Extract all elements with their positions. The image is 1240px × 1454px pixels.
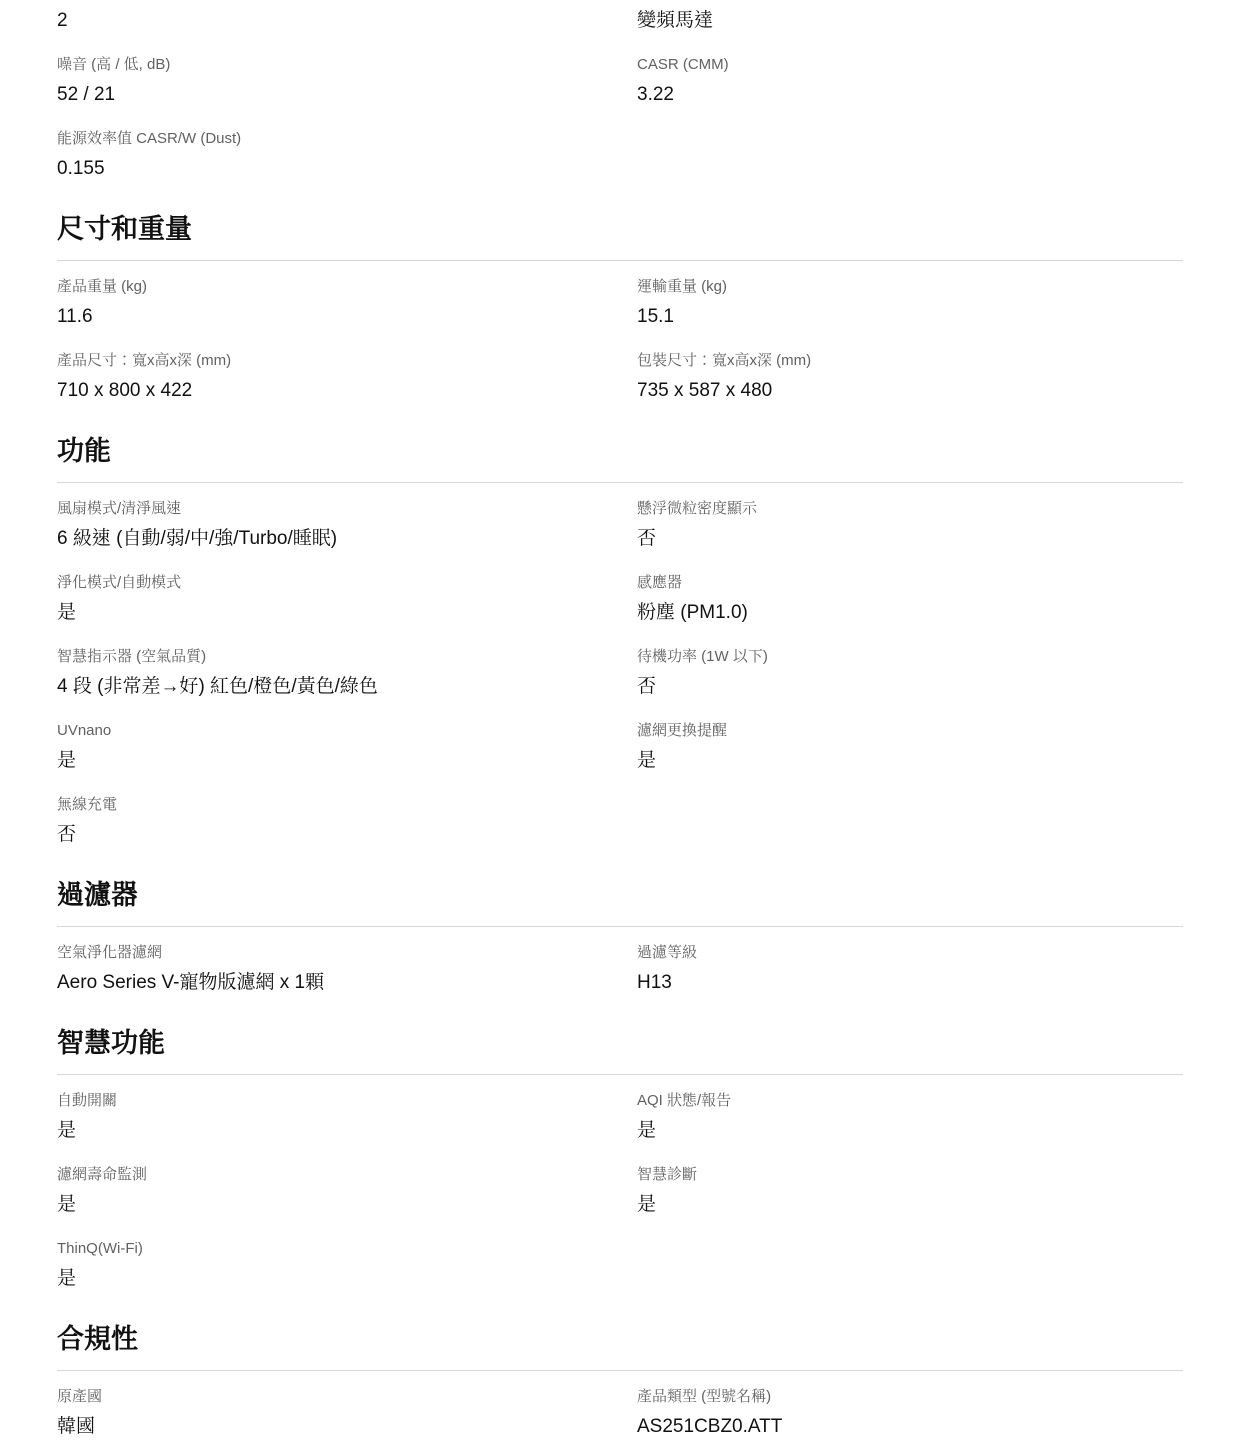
spec-label: 智慧指示器 (空氣品質) [57, 647, 637, 667]
spec-row: 產品重量 (kg) 11.6 運輸重量 (kg) 15.1 [57, 277, 1183, 330]
section-title: 過濾器 [57, 876, 1183, 914]
spec-row: 無線充電 否 [57, 795, 1183, 848]
spec-label: 包裝尺寸：寬x高x深 (mm) [637, 351, 1183, 371]
section-title: 功能 [57, 432, 1183, 470]
spec-cell: UVnano 是 [57, 721, 637, 774]
spec-value: 否 [637, 526, 1183, 552]
spec-value: 粉塵 (PM1.0) [637, 600, 1183, 626]
spec-cell: 空氣淨化器濾網 Aero Series V-寵物版濾網 x 1顆 [57, 943, 637, 996]
spec-value: 2 [57, 8, 637, 34]
spec-cell: 淨化模式/自動模式 是 [57, 573, 637, 626]
spec-label: 智慧診斷 [637, 1165, 1183, 1185]
spec-value: 735 x 587 x 480 [637, 378, 1183, 404]
spec-value: 11.6 [57, 304, 637, 330]
spec-label: 原產國 [57, 1387, 637, 1407]
spec-value: 710 x 800 x 422 [57, 378, 637, 404]
spec-value: 是 [637, 748, 1183, 774]
spec-label: 濾網壽命監測 [57, 1165, 637, 1185]
spec-row: 產品尺寸：寬x高x深 (mm) 710 x 800 x 422 包裝尺寸：寬x高… [57, 351, 1183, 404]
spec-cell: 風扇模式/清淨風速 6 級速 (自動/弱/中/強/Turbo/睡眠) [57, 499, 637, 552]
spec-cell: 產品類型 (型號名稱) AS251CBZ0.ATT [637, 1387, 1183, 1440]
section-divider [57, 482, 1183, 483]
spec-cell: AQI 狀態/報告 是 [637, 1091, 1183, 1144]
section-compliance: 合規性 原產國 韓國 產品類型 (型號名稱) AS251CBZ0.ATT [57, 1320, 1183, 1440]
spec-label: 待機功率 (1W 以下) [637, 647, 1183, 667]
spec-label: 空氣淨化器濾網 [57, 943, 637, 963]
spec-label: 產品重量 (kg) [57, 277, 637, 297]
spec-label: 感應器 [637, 573, 1183, 593]
spec-cell: 產品重量 (kg) 11.6 [57, 277, 637, 330]
section-title: 智慧功能 [57, 1024, 1183, 1062]
spec-value: 3.22 [637, 82, 1183, 108]
spec-cell: 運輸重量 (kg) 15.1 [637, 277, 1183, 330]
spec-value: 是 [637, 1192, 1183, 1218]
spec-label: 過濾等級 [637, 943, 1183, 963]
spec-row: UVnano 是 濾網更換提醒 是 [57, 721, 1183, 774]
spec-row: 原產國 韓國 產品類型 (型號名稱) AS251CBZ0.ATT [57, 1387, 1183, 1440]
spec-value: 是 [57, 1192, 637, 1218]
spec-cell: 2 [57, 8, 637, 34]
section-divider [57, 260, 1183, 261]
spec-cell: 原產國 韓國 [57, 1387, 637, 1440]
spec-cell: 無線充電 否 [57, 795, 637, 848]
spec-row: 淨化模式/自動模式 是 感應器 粉塵 (PM1.0) [57, 573, 1183, 626]
spec-row: ThinQ(Wi-Fi) 是 [57, 1239, 1183, 1292]
spec-cell: 智慧診斷 是 [637, 1165, 1183, 1218]
section-title: 合規性 [57, 1320, 1183, 1358]
spec-cell: 變頻馬達 [637, 8, 1183, 34]
spec-value: 是 [57, 1266, 637, 1292]
spec-row: 濾網壽命監測 是 智慧診斷 是 [57, 1165, 1183, 1218]
spec-label: 風扇模式/清淨風速 [57, 499, 637, 519]
spec-cell: 感應器 粉塵 (PM1.0) [637, 573, 1183, 626]
spec-cell: 懸浮微粒密度顯示 否 [637, 499, 1183, 552]
spec-cell: 能源效率值 CASR/W (Dust) 0.155 [57, 129, 637, 182]
section-features: 功能 風扇模式/清淨風速 6 級速 (自動/弱/中/強/Turbo/睡眠) 懸浮… [57, 432, 1183, 848]
spec-value: Aero Series V-寵物版濾網 x 1顆 [57, 970, 637, 996]
spec-label: UVnano [57, 721, 637, 741]
spec-label: 無線充電 [57, 795, 637, 815]
spec-label: 運輸重量 (kg) [637, 277, 1183, 297]
spec-label: 能源效率值 CASR/W (Dust) [57, 129, 637, 149]
section-divider [57, 926, 1183, 927]
spec-value: 52 / 21 [57, 82, 637, 108]
spec-label: 濾網更換提醒 [637, 721, 1183, 741]
spec-value: 0.155 [57, 156, 637, 182]
spec-cell: 濾網壽命監測 是 [57, 1165, 637, 1218]
spec-value: 韓國 [57, 1414, 637, 1440]
spec-value: 是 [637, 1118, 1183, 1144]
spec-cell-empty [637, 129, 1183, 182]
spec-value: 6 級速 (自動/弱/中/強/Turbo/睡眠) [57, 526, 637, 552]
spec-row: 能源效率值 CASR/W (Dust) 0.155 [57, 129, 1183, 182]
section-divider [57, 1370, 1183, 1371]
spec-cell: 智慧指示器 (空氣品質) 4 段 (非常差→好) 紅色/橙色/黃色/綠色 [57, 647, 637, 700]
section-performance: 2 變頻馬達 噪音 (高 / 低, dB) 52 / 21 CASR (CMM)… [57, 8, 1183, 182]
spec-label: 自動開關 [57, 1091, 637, 1111]
spec-row: 風扇模式/清淨風速 6 級速 (自動/弱/中/強/Turbo/睡眠) 懸浮微粒密… [57, 499, 1183, 552]
section-divider [57, 1074, 1183, 1075]
spec-cell: 自動開關 是 [57, 1091, 637, 1144]
spec-value: 是 [57, 1118, 637, 1144]
spec-row: 噪音 (高 / 低, dB) 52 / 21 CASR (CMM) 3.22 [57, 55, 1183, 108]
spec-cell-empty [637, 1239, 1183, 1292]
spec-row: 智慧指示器 (空氣品質) 4 段 (非常差→好) 紅色/橙色/黃色/綠色 待機功… [57, 647, 1183, 700]
spec-label: ThinQ(Wi-Fi) [57, 1239, 637, 1259]
spec-label: AQI 狀態/報告 [637, 1091, 1183, 1111]
spec-value: 4 段 (非常差→好) 紅色/橙色/黃色/綠色 [57, 674, 637, 700]
spec-cell: 包裝尺寸：寬x高x深 (mm) 735 x 587 x 480 [637, 351, 1183, 404]
spec-value: 15.1 [637, 304, 1183, 330]
spec-label: 產品尺寸：寬x高x深 (mm) [57, 351, 637, 371]
spec-row: 空氣淨化器濾網 Aero Series V-寵物版濾網 x 1顆 過濾等級 H1… [57, 943, 1183, 996]
section-smart-features: 智慧功能 自動開關 是 AQI 狀態/報告 是 濾網壽命監測 是 智慧診斷 是 [57, 1024, 1183, 1292]
spec-label: 淨化模式/自動模式 [57, 573, 637, 593]
spec-value: 是 [57, 600, 637, 626]
spec-label: 產品類型 (型號名稱) [637, 1387, 1183, 1407]
spec-row: 自動開關 是 AQI 狀態/報告 是 [57, 1091, 1183, 1144]
spec-cell: CASR (CMM) 3.22 [637, 55, 1183, 108]
spec-cell-empty [637, 795, 1183, 848]
section-dimensions-weight: 尺寸和重量 產品重量 (kg) 11.6 運輸重量 (kg) 15.1 產品尺寸… [57, 210, 1183, 404]
spec-value: 否 [57, 822, 637, 848]
spec-cell: 濾網更換提醒 是 [637, 721, 1183, 774]
spec-value: H13 [637, 970, 1183, 996]
spec-value: 否 [637, 674, 1183, 700]
spec-cell: 待機功率 (1W 以下) 否 [637, 647, 1183, 700]
spec-cell: 產品尺寸：寬x高x深 (mm) 710 x 800 x 422 [57, 351, 637, 404]
section-filter: 過濾器 空氣淨化器濾網 Aero Series V-寵物版濾網 x 1顆 過濾等… [57, 876, 1183, 996]
spec-label: CASR (CMM) [637, 55, 1183, 75]
spec-row: 2 變頻馬達 [57, 8, 1183, 34]
spec-cell: ThinQ(Wi-Fi) 是 [57, 1239, 637, 1292]
spec-label: 噪音 (高 / 低, dB) [57, 55, 637, 75]
spec-value: 是 [57, 748, 637, 774]
spec-sheet-page: 2 變頻馬達 噪音 (高 / 低, dB) 52 / 21 CASR (CMM)… [0, 0, 1240, 1440]
spec-value: 變頻馬達 [637, 8, 1183, 34]
spec-cell: 噪音 (高 / 低, dB) 52 / 21 [57, 55, 637, 108]
spec-label: 懸浮微粒密度顯示 [637, 499, 1183, 519]
section-title: 尺寸和重量 [57, 210, 1183, 248]
spec-cell: 過濾等級 H13 [637, 943, 1183, 996]
spec-value: AS251CBZ0.ATT [637, 1414, 1183, 1440]
